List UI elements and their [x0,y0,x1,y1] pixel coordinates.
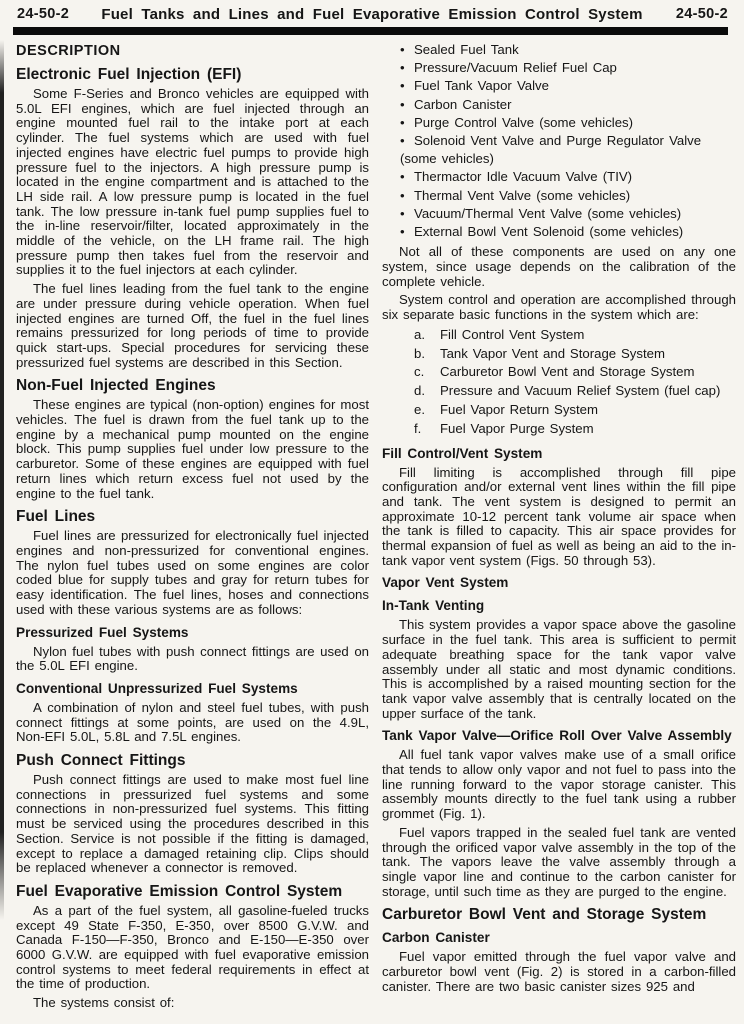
heading-electronic-fuel-injection: Electronic Fuel Injection (EFI) [16,66,369,83]
heading-tank-vapor-valve: Tank Vapor Valve—Orifice Roll Over Valve… [382,728,736,744]
bullet-text: Sealed Fuel Tank [414,42,519,57]
heading-conventional-unpressurized: Conventional Unpressurized Fuel Systems [16,681,369,697]
paragraph-system-control: System control and operation are accompl… [382,293,736,322]
bullet-item: •Thermactor Idle Vacuum Valve (TIV) [400,168,736,186]
heading-push-connect-fittings: Push Connect Fittings [16,752,369,769]
item-letter: e. [414,401,440,420]
bullet-text: Vacuum/Thermal Vent Valve (some vehicles… [414,206,681,221]
bullet-icon: • [400,77,414,95]
page-header: 24-50-2 Fuel Tanks and Lines and Fuel Ev… [0,6,744,26]
paragraph-push-connect: Push connect fittings are used to make m… [16,773,369,876]
lettered-item: b.Tank Vapor Vent and Storage System [414,345,736,364]
paragraph-fill-control: Fill limiting is accomplished through fi… [382,466,736,569]
bullet-item: •Pressure/Vacuum Relief Fuel Cap [400,59,736,77]
bullet-text: Thermactor Idle Vacuum Valve (TIV) [414,169,632,184]
bullet-text: External Bowl Vent Solenoid (some vehicl… [414,224,683,239]
item-text: Tank Vapor Vent and Storage System [440,345,665,364]
item-text: Fill Control Vent System [440,326,584,345]
bullet-item: •External Bowl Vent Solenoid (some vehic… [400,223,736,241]
bullet-icon: • [400,187,414,205]
bullet-item: •Fuel Tank Vapor Valve [400,77,736,95]
item-letter: b. [414,345,440,364]
header-section-code-left: 24-50-2 [17,6,69,22]
section-heading-description: DESCRIPTION [16,43,369,59]
bullet-item: •Sealed Fuel Tank [400,41,736,59]
bullet-text: Pressure/Vacuum Relief Fuel Cap [414,60,617,75]
bullet-item: •Carbon Canister [400,96,736,114]
scan-edge-artifact [0,40,4,920]
paragraph-tank-vapor-valve-1: All fuel tank vapor valves make use of a… [382,748,736,822]
bullet-icon: • [400,132,414,150]
left-column: DESCRIPTION Electronic Fuel Injection (E… [16,43,369,1011]
item-letter: d. [414,382,440,401]
heading-pressurized-fuel-systems: Pressurized Fuel Systems [16,625,369,641]
page-title: Fuel Tanks and Lines and Fuel Evaporativ… [90,6,654,23]
paragraph-evaporative: As a part of the fuel system, all gasoli… [16,904,369,992]
paragraph-fuel-lines: Fuel lines are pressurized for electroni… [16,529,369,617]
paragraph-non-fuel-injected: These engines are typical (non-option) e… [16,398,369,501]
bullet-item: •Vacuum/Thermal Vent Valve (some vehicle… [400,205,736,223]
item-text: Fuel Vapor Purge System [440,420,594,439]
lettered-item: f.Fuel Vapor Purge System [414,420,736,439]
bullet-text: Purge Control Valve (some vehicles) [414,115,633,130]
bullet-item: •Thermal Vent Valve (some vehicles) [400,187,736,205]
item-letter: f. [414,420,440,439]
item-text: Pressure and Vacuum Relief System (fuel … [440,382,720,401]
lettered-function-list: a.Fill Control Vent System b.Tank Vapor … [382,326,736,439]
heading-fuel-lines: Fuel Lines [16,508,369,525]
bullet-icon: • [400,205,414,223]
bullet-text: Fuel Tank Vapor Valve [414,78,549,93]
heading-vapor-vent-system: Vapor Vent System [382,575,736,591]
item-letter: a. [414,326,440,345]
bullet-icon: • [400,41,414,59]
heading-fuel-evaporative-system: Fuel Evaporative Emission Control System [16,883,369,900]
header-rule [13,27,728,35]
lettered-item: a.Fill Control Vent System [414,326,736,345]
paragraph-carbon-canister: Fuel vapor emitted through the fuel vapo… [382,950,736,994]
item-letter: c. [414,363,440,382]
bullet-icon: • [400,223,414,241]
heading-in-tank-venting: In-Tank Venting [382,598,736,614]
paragraph-efi-1: Some F-Series and Bronco vehicles are eq… [16,87,369,278]
heading-carburetor-bowl-vent: Carburetor Bowl Vent and Storage System [382,906,736,923]
header-section-code-right: 24-50-2 [676,6,728,22]
paragraph-conventional: A combination of nylon and steel fuel tu… [16,701,369,745]
lettered-item: d.Pressure and Vacuum Relief System (fue… [414,382,736,401]
item-text: Fuel Vapor Return System [440,401,598,420]
bullet-icon: • [400,114,414,132]
paragraph-pressurized: Nylon fuel tubes with push connect fitti… [16,645,369,674]
paragraph-efi-2: The fuel lines leading from the fuel tan… [16,282,369,370]
heading-carbon-canister: Carbon Canister [382,930,736,946]
lettered-item: e.Fuel Vapor Return System [414,401,736,420]
bullet-icon: • [400,96,414,114]
right-column: •Sealed Fuel Tank •Pressure/Vacuum Relie… [382,41,736,995]
bullet-text: Solenoid Vent Valve and Purge Regulator … [400,133,701,166]
lettered-item: c.Carburetor Bowl Vent and Storage Syste… [414,363,736,382]
paragraph-in-tank-venting: This system provides a vapor space above… [382,618,736,721]
bullet-text: Carbon Canister [414,97,512,112]
component-bullet-list: •Sealed Fuel Tank •Pressure/Vacuum Relie… [382,41,736,241]
manual-page: 24-50-2 Fuel Tanks and Lines and Fuel Ev… [0,0,744,1024]
bullet-text: Thermal Vent Valve (some vehicles) [414,188,630,203]
heading-non-fuel-injected-engines: Non-Fuel Injected Engines [16,377,369,394]
item-text: Carburetor Bowl Vent and Storage System [440,363,695,382]
paragraph-tank-vapor-valve-2: Fuel vapors trapped in the sealed fuel t… [382,826,736,900]
paragraph-systems-intro: The systems consist of: [16,996,369,1011]
bullet-icon: • [400,168,414,186]
heading-fill-control-vent: Fill Control/Vent System [382,446,736,462]
bullet-icon: • [400,59,414,77]
paragraph-not-all-components: Not all of these components are used on … [382,245,736,289]
bullet-item: •Solenoid Vent Valve and Purge Regulator… [400,132,736,168]
bullet-item: •Purge Control Valve (some vehicles) [400,114,736,132]
